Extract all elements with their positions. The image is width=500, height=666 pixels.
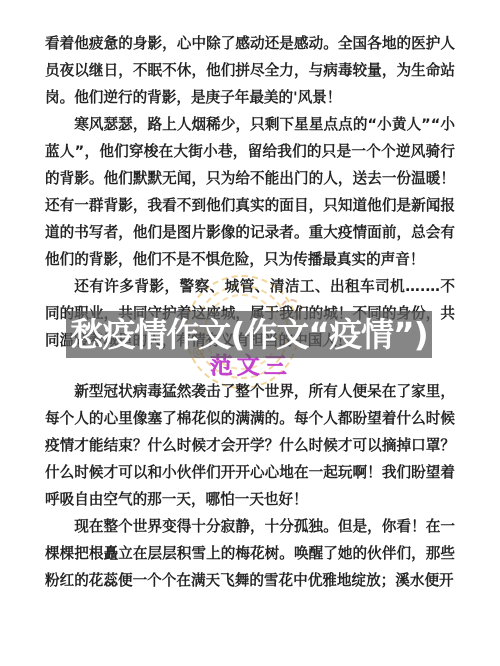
paragraph: 看着他疲惫的身影，心中除了感动还是感动。全国各地的医护人员夜以继日，不眠不休，他… [45,30,455,111]
essay-page: @ 看着他疲惫的身影，心中除了感动还是感动。全国各地的医护人员夜以继日，不眠不休… [0,0,500,666]
paragraph: 现在整个世界变得十分寂静，十分孤独。但是，你看！在一棵棵把根矗立在层层积雪上的梅… [45,513,455,594]
overlay-title: 愁疫情作文(作文“疫情”) [70,311,428,358]
paragraph: 新型冠状病毒猛然袭击了整个世界，所有人便呆在了家里，每个人的心里像塞了棉花似的满… [45,378,455,513]
paragraph: 寒风瑟瑟，路上人烟稀少，只剩下星星点点的“小黄人”“小蓝人”，他们穿梭在大街小巷… [45,111,455,273]
overlay-title-band: 愁疫情作文(作文“疫情”) [66,311,432,358]
